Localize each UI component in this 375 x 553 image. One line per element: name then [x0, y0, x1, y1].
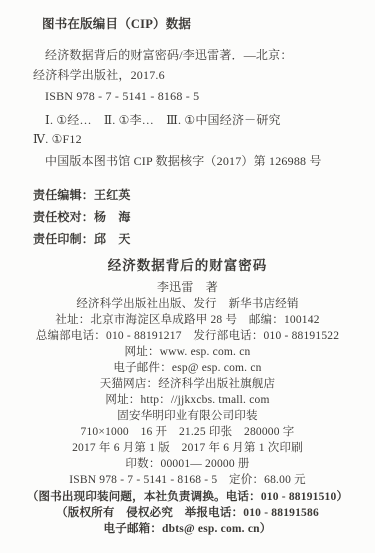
cip-isbn-line: ISBN 978 - 7 - 5141 - 8168 - 5: [45, 90, 199, 103]
printing-company-line: 固安华明印业有限公司印装: [0, 410, 375, 423]
address-postcode-line: 社址：北京市海淀区阜成路甲 28 号 邮编：100142: [0, 314, 375, 327]
format-sheets-line: 710×1000 16 开 21.25 印张 280000 字: [0, 426, 375, 439]
website-line: 网址：www. esp. com. cn: [0, 346, 375, 359]
cip-record-number-line: 中国版本图书馆 CIP 数据核字（2017）第 126988 号: [45, 155, 322, 168]
book-copyright-page: 图书在版编目（CIP）数据 经济数据背后的财富密码/李迅雷著．—北京： 经济科学…: [0, 0, 375, 553]
cip-classification-line-2: Ⅳ. ①F12: [33, 133, 82, 146]
responsible-proofreader-line: 责任校对：杨 海: [33, 211, 131, 224]
cip-title-line: 经济数据背后的财富密码/李迅雷著．—北京：: [45, 49, 293, 62]
cip-publisher-line: 经济科学出版社，2017.6: [33, 69, 165, 82]
replacement-notice-line: （图书出现印装问题，本社负责调换。电话：010 - 88191510）: [0, 491, 375, 504]
publisher-distribution-line: 经济科学出版社出版、发行 新华书店经销: [0, 298, 375, 311]
edition-printing-line: 2017 年 6 月第 1 版 2017 年 6 月第 1 次印刷: [0, 442, 375, 455]
copyright-notice-line: （版权所有 侵权必究 举报电话：010 - 88191586: [0, 507, 375, 520]
isbn-price-line: ISBN 978 - 7 - 5141 - 8168 - 5 定价：68.00 …: [0, 474, 375, 487]
responsible-editor-line: 责任编辑：王红英: [33, 189, 131, 202]
report-email-line: 电子邮箱：dbts@ esp. com. cn）: [0, 523, 375, 536]
author-line: 李迅雷 著: [0, 281, 375, 294]
responsible-printer-line: 责任印制：邱 天: [33, 233, 131, 246]
book-title: 经济数据背后的财富密码: [0, 259, 375, 274]
cip-heading: 图书在版编目（CIP）数据: [42, 18, 191, 32]
phone-numbers-line: 总编部电话：010 - 88191217 发行部电话：010 - 8819152…: [0, 330, 375, 343]
tmall-url-line: 网址：http：//jjkxcbs. tmall. com: [0, 394, 375, 407]
cip-classification-line-1: Ⅰ. ①经… Ⅱ. ①李… Ⅲ. ①中国经济－研究: [45, 114, 281, 127]
tmall-store-line: 天猫网店：经济科学出版社旗舰店: [0, 378, 375, 391]
print-run-line: 印数：00001— 20000 册: [0, 458, 375, 471]
email-line: 电子邮件：esp@ esp. com. cn: [0, 362, 375, 375]
